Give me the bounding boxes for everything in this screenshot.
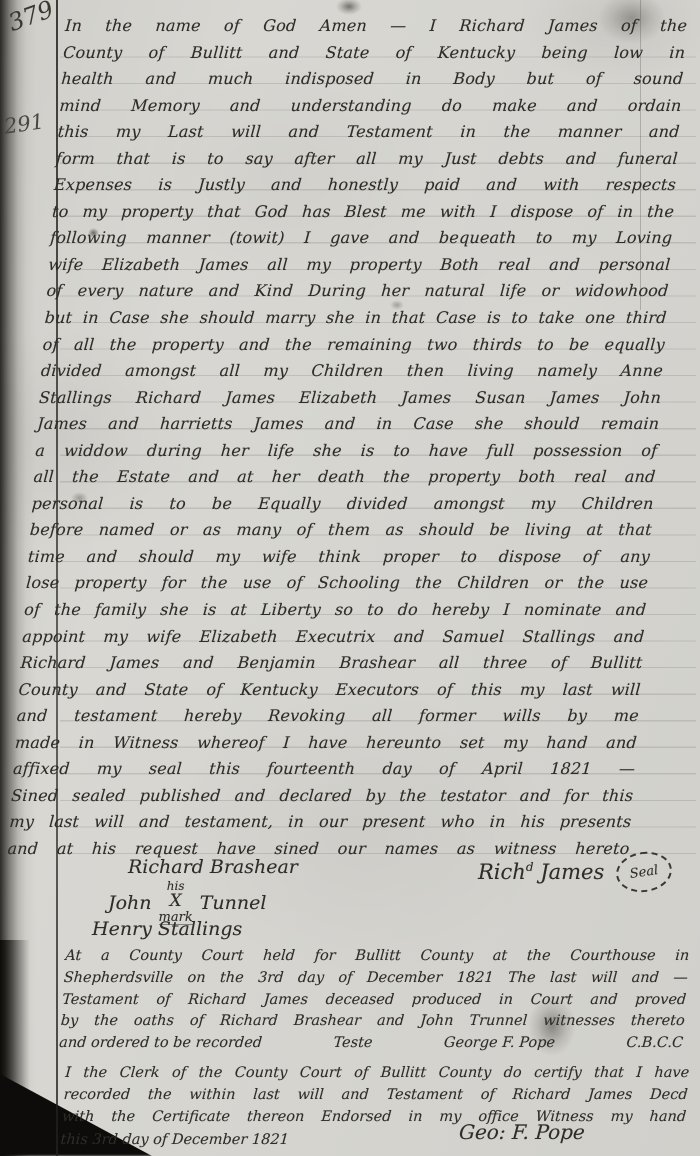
will-line: James and harrietts James and in Case sh… <box>36 411 660 438</box>
will-line: following manner (towit) I gave and bequ… <box>49 225 673 252</box>
probate-line: by the oaths of Richard Brashear and Joh… <box>60 1011 686 1033</box>
will-line: County and State of Kentucky Executors o… <box>18 677 642 704</box>
probate-record: At a County Court held for Bullitt Count… <box>58 946 690 1055</box>
probate-attestation-row: and ordered to be recorded Teste George … <box>58 1033 684 1055</box>
probate-line: At a County Court held for Bullitt Count… <box>64 946 690 968</box>
will-line: but in Case she should marry she in that… <box>44 305 668 332</box>
will-line: mind Memory and understanding do make an… <box>59 93 683 120</box>
page-number: 379 <box>5 0 58 37</box>
will-line: personal is to be Equally divided amongs… <box>31 491 655 518</box>
clerk-signature: Geo: F. Pope <box>458 1121 585 1143</box>
will-line: to my property that God has Blest me wit… <box>51 199 675 226</box>
testator-signature: Richd James Seal <box>478 852 672 892</box>
certificate-line: with the Certificate thereon Endorsed in… <box>61 1106 687 1128</box>
witness-last-name: Tunnel <box>200 892 267 914</box>
will-line: of every nature and Kind During her natu… <box>46 278 670 305</box>
will-line: divided amongst all my Children then liv… <box>40 358 664 385</box>
testator-name: Richd James <box>478 860 604 884</box>
will-line: made in Witness whereof I have hereunto … <box>14 730 638 757</box>
wax-seal: Seal <box>614 848 675 895</box>
will-line: this my Last will and Testament in the m… <box>57 119 681 146</box>
will-line: of all the property and the remaining tw… <box>42 332 666 359</box>
clerk-initials: C.B.C.C <box>626 1033 684 1055</box>
will-line: time and should my wife think proper to … <box>27 544 651 571</box>
will-line: and testament hereby Revoking all former… <box>16 703 640 730</box>
x-mark: X <box>170 893 182 910</box>
will-line: lose property for the use of Schooling t… <box>25 570 649 597</box>
will-line: Richard James and Benjamin Brashear all … <box>20 650 644 677</box>
will-line: County of Bullitt and State of Kentucky … <box>62 40 686 67</box>
will-line: affixed my seal this fourteenth day of A… <box>12 756 636 783</box>
probate-line: Testament of Richard James deceased prod… <box>61 990 687 1012</box>
certificate-line: recorded the within last will and Testam… <box>63 1084 689 1106</box>
superscript-d: d <box>526 860 534 874</box>
seal-label: Seal <box>629 863 659 882</box>
will-line: form that is to say after all my Just de… <box>55 146 679 173</box>
will-text-body: In the name of God Amen — I Richard Jame… <box>7 13 688 863</box>
will-line: Sined sealed published and declared by t… <box>10 783 634 810</box>
certificate-date: this 3rd day of December 1821 <box>60 1132 289 1148</box>
witness-first-name: John <box>108 892 152 914</box>
will-line: Expenses is Justly and honestly paid and… <box>53 172 677 199</box>
will-line: health and much indisposed in Body but o… <box>60 66 684 93</box>
teste-label: Teste <box>333 1033 374 1055</box>
will-line: my last will and testament, in our prese… <box>8 809 632 836</box>
will-line: of the family she is at Liberty so to do… <box>23 597 647 624</box>
will-line: all the Estate and at her death the prop… <box>33 464 657 491</box>
will-line: Stallings Richard James Elizabeth James … <box>38 385 662 412</box>
will-line: In the name of God Amen — I Richard Jame… <box>64 13 688 40</box>
order-to-record: and ordered to be recorded <box>58 1033 262 1055</box>
will-line: appoint my wife Elizabeth Executrix and … <box>21 624 645 651</box>
will-record-page: 379 291 In the name of God Amen — I Rich… <box>0 0 700 1156</box>
will-line: before named or as many of them as shoul… <box>29 517 653 544</box>
entry-number: 291 <box>3 109 46 138</box>
witness-signature-stallings: Henry Stallings <box>92 918 242 940</box>
witness-signature-brashear: Richard Brashear <box>128 856 298 878</box>
clerk-certificate: I the Clerk of the County Court of Bulli… <box>60 1062 690 1153</box>
will-line: wife Elizabeth James all my property Bot… <box>47 252 671 279</box>
clerk-name: George F. Pope <box>443 1033 556 1055</box>
will-line: a widdow during her life she is to have … <box>34 438 658 465</box>
certificate-line: I the Clerk of the County Court of Bulli… <box>64 1062 690 1084</box>
certificate-date-row: this 3rd day of December 1821 Geo: F. Po… <box>60 1129 686 1153</box>
probate-line: Shepherdsville on the 3rd day of Decembe… <box>63 968 689 990</box>
